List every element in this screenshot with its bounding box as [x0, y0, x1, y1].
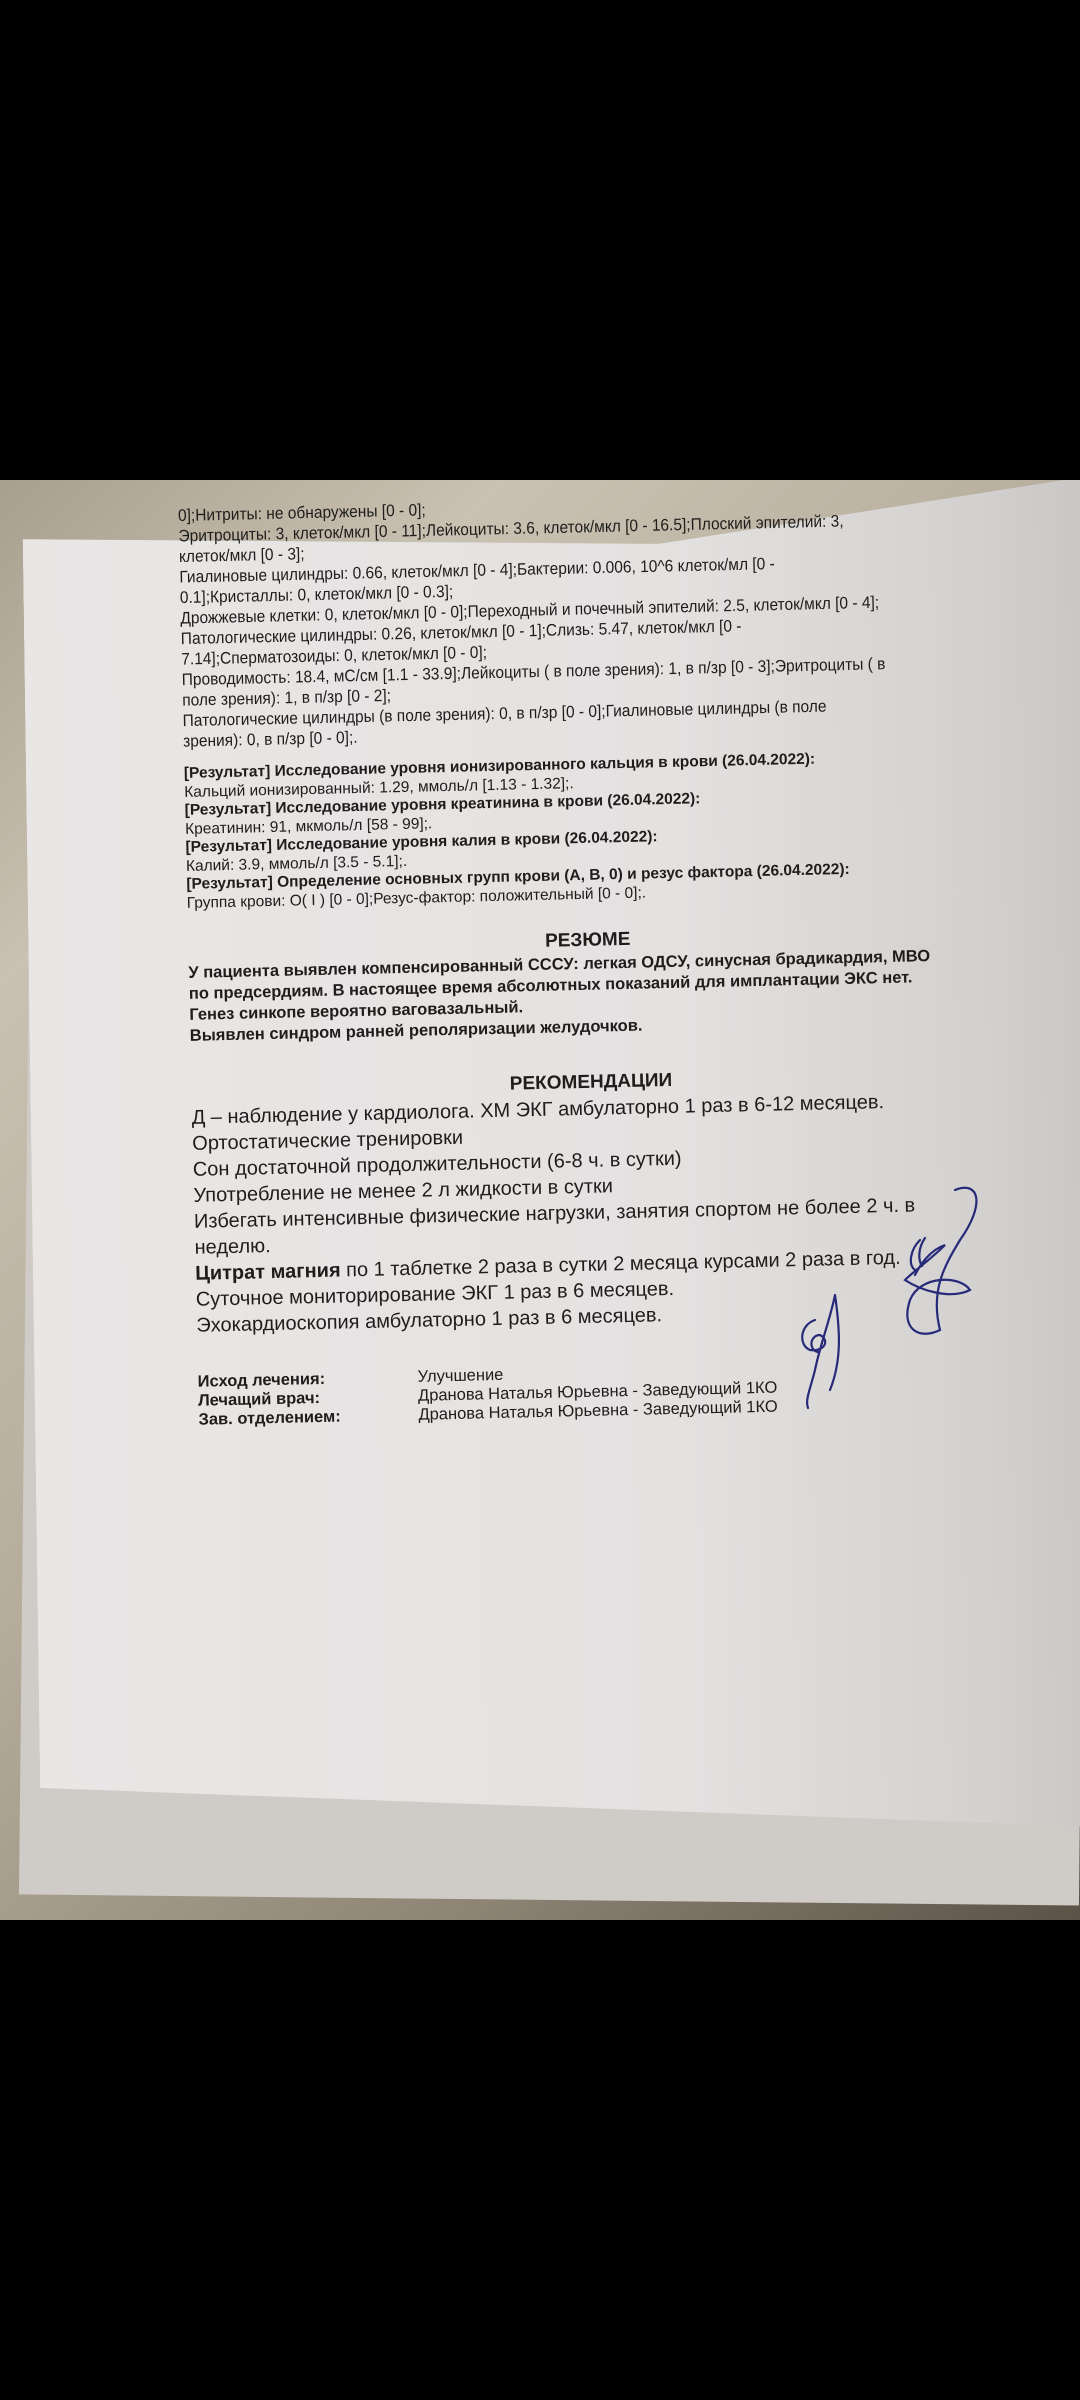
- signature-head-icon: [860, 1180, 990, 1350]
- summary-text: У пациента выявлен компенсированный СССУ…: [188, 945, 990, 1047]
- blood-results: [Результат] Исследование уровня ионизиро…: [184, 747, 987, 913]
- signature-attending-icon: [790, 1290, 870, 1410]
- urinalysis-results: 0];Нитриты: не обнаружены [0 - 0]; Эритр…: [178, 488, 983, 752]
